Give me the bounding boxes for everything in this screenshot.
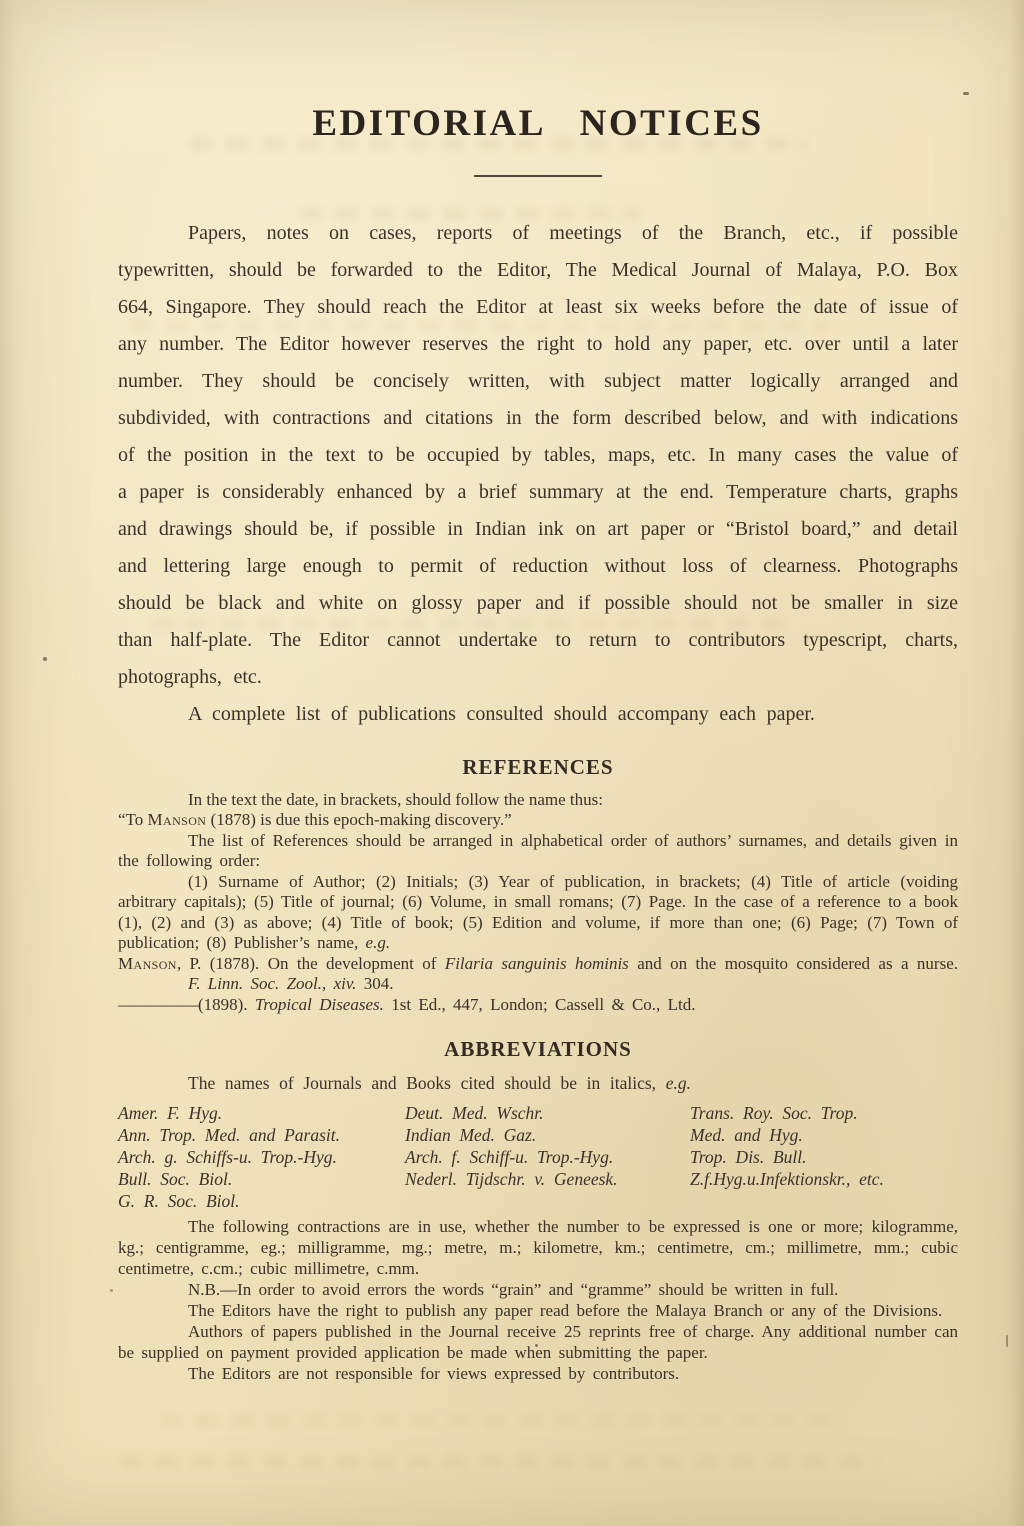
abbreviation-item: Med. and Hyg. (690, 1124, 958, 1146)
abbreviations-heading: ABBREVIATIONS (118, 1037, 958, 1062)
abbreviation-item: Trop. Dis. Bull. (690, 1146, 958, 1168)
abbreviations-column-1: Amer. F. Hyg. Ann. Trop. Med. and Parasi… (118, 1102, 405, 1212)
order-text: (1) Surname of Author; (2) Initials; (3)… (118, 872, 958, 953)
entry-species-italic: Filaria sanguinis hominis (445, 954, 629, 973)
ditto-dash: ————— (118, 995, 198, 1014)
entry-journal-italic: F. Linn. Soc. Zool., xiv. (188, 974, 356, 993)
entry-mid-text: , P. (1878). On the development of (177, 954, 445, 973)
entry2-book-italic: Tropical Diseases. (255, 995, 384, 1014)
scan-speck (43, 657, 47, 661)
abbreviation-item: Amer. F. Hyg. (118, 1102, 405, 1124)
responsibility-line: The Editors are not responsible for view… (118, 1363, 958, 1384)
reference-entry-manson-1878: Manson, P. (1878). On the development of… (118, 954, 958, 995)
references-heading: REFERENCES (118, 755, 958, 780)
references-arrangement-paragraph: The list of References should be arrange… (118, 831, 958, 872)
bleed-through-smudge (160, 1415, 840, 1426)
nb-grain-gramme-note: N.B.—In order to avoid errors the words … (118, 1279, 958, 1300)
abbreviation-item: Bull. Soc. Biol. (118, 1168, 405, 1190)
abbr-intro-text: The names of Journals and Books cited sh… (188, 1073, 666, 1093)
references-intro-line: In the text the date, in brackets, shoul… (118, 790, 958, 811)
order-eg-italic: e.g. (366, 933, 391, 952)
abbr-intro-eg-italic: e.g. (666, 1073, 691, 1093)
abbreviation-item: Arch. f. Schiff-u. Trop.-Hyg. (405, 1146, 690, 1168)
entry-author-smallcaps: Manson (118, 954, 177, 973)
references-section: In the text the date, in brackets, shoul… (118, 790, 958, 1016)
entry-mid2-text: and on the mosquito considered as a nurs… (629, 954, 958, 973)
abbreviations-column-2: Deut. Med. Wschr. Indian Med. Gaz. Arch.… (405, 1102, 690, 1212)
reprints-paragraph: Authors of papers published in the Journ… (118, 1321, 958, 1363)
page-title: EDITORIAL NOTICES (118, 104, 958, 145)
references-order-paragraph: (1) Surname of Author; (2) Initials; (3)… (118, 872, 958, 954)
abbreviation-item: Z.f.Hyg.u.Infektionskr., etc. (690, 1168, 958, 1190)
scan-speck (110, 1289, 113, 1292)
editorial-intro-paragraph: Papers, notes on cases, reports of meeti… (118, 215, 958, 696)
title-divider-rule (474, 175, 602, 177)
abbreviation-item: Nederl. Tijdschr. v. Geneesk. (405, 1168, 690, 1190)
example-rest: (1878) is due this epoch-making discover… (206, 810, 511, 829)
contractions-paragraph: The following contractions are in use, w… (118, 1216, 958, 1279)
reference-example-line: “To Manson (1878) is due this epoch-maki… (118, 810, 958, 831)
entry2-year: (1898). (198, 995, 255, 1014)
entry-page-number: 304. (356, 974, 393, 993)
abbreviation-item: Indian Med. Gaz. (405, 1124, 690, 1146)
entry2-rest: 1st Ed., 447, London; Cassell & Co., Ltd… (384, 995, 696, 1014)
example-author-smallcaps: Manson (148, 810, 207, 829)
abbreviations-table: Amer. F. Hyg. Ann. Trop. Med. and Parasi… (118, 1102, 958, 1212)
reference-entry-manson-1898: —————(1898). Tropical Diseases. 1st Ed.,… (118, 995, 958, 1016)
editorial-notes-section: The following contractions are in use, w… (118, 1216, 958, 1384)
abbreviation-item: Ann. Trop. Med. and Parasit. (118, 1124, 405, 1146)
bleed-through-smudge (120, 1455, 880, 1467)
scan-speck (963, 92, 969, 95)
abbreviation-item: Deut. Med. Wschr. (405, 1102, 690, 1124)
page-content: EDITORIAL NOTICES Papers, notes on cases… (118, 104, 958, 1384)
abbreviation-item: Arch. g. Schiffs-u. Trop.-Hyg. (118, 1146, 405, 1168)
publish-right-paragraph: The Editors have the right to publish an… (118, 1300, 958, 1321)
publications-list-note: A complete list of publications consulte… (118, 696, 958, 733)
abbreviations-intro-line: The names of Journals and Books cited sh… (118, 1072, 958, 1094)
scanned-journal-page: EDITORIAL NOTICES Papers, notes on cases… (0, 0, 1024, 1526)
example-prefix: “To (118, 810, 148, 829)
scan-speck (1006, 1335, 1008, 1347)
abbreviation-item: G. R. Soc. Biol. (118, 1190, 405, 1212)
abbreviation-item: Trans. Roy. Soc. Trop. (690, 1102, 958, 1124)
abbreviations-column-3: Trans. Roy. Soc. Trop. Med. and Hyg. Tro… (690, 1102, 958, 1212)
